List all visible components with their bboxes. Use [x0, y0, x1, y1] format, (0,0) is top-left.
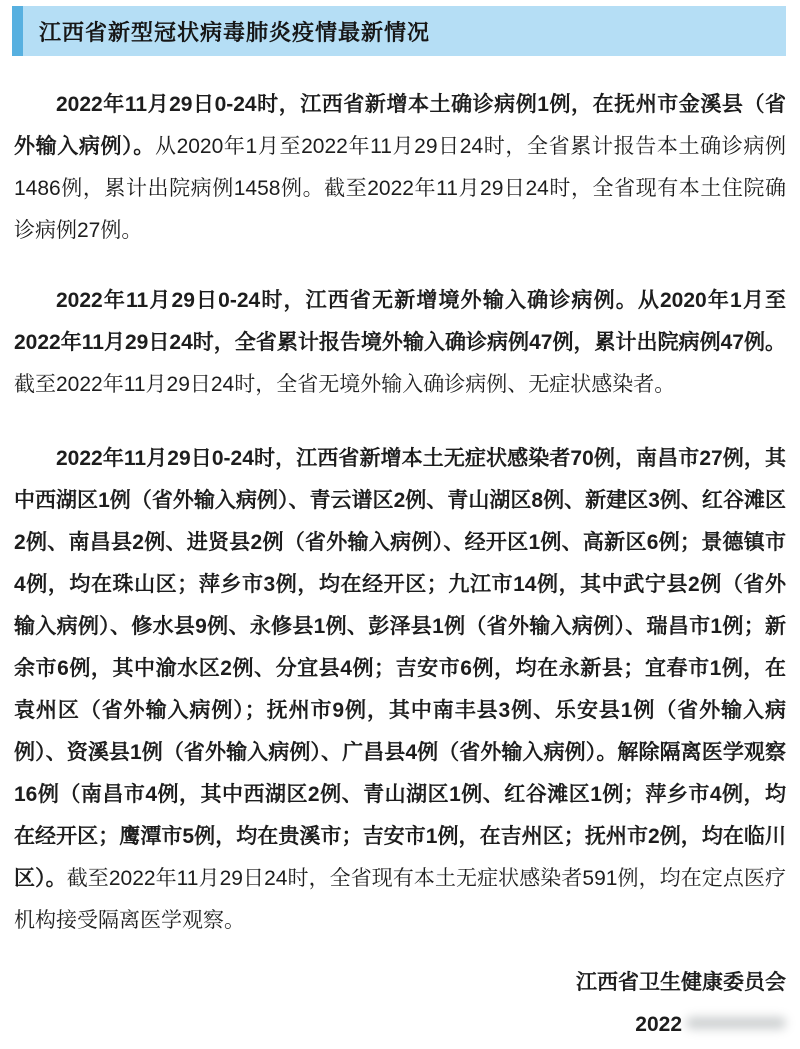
paragraph-regular-text: 截至2022年11月29日24时，全省现有本土无症状感染者591例，均在定点医疗… — [14, 867, 786, 932]
blurred-date-redaction — [686, 1017, 786, 1029]
title-accent-bar — [12, 6, 23, 56]
signature-block: 江西省卫生健康委员会 2022 — [14, 962, 786, 1046]
paragraph-asymptomatic-cases: 2022年11月29日0-24时，江西省新增本土无症状感染者70例，南昌市27例… — [14, 438, 786, 942]
paragraph-bold-text: 2022年11月29日0-24时，江西省无新增境外输入确诊病例。从2020年1月… — [14, 289, 786, 354]
signature-date-year: 2022 — [635, 1013, 682, 1036]
signature-date-line: 2022 — [14, 1004, 786, 1046]
article-body: 2022年11月29日0-24时，江西省新增本土确诊病例1例，在抚州市金溪县（省… — [0, 56, 800, 1046]
article-title-bar: 江西省新型冠状病毒肺炎疫情最新情况 — [12, 6, 786, 56]
paragraph-bold-text: 2022年11月29日0-24时，江西省新增本土无症状感染者70例，南昌市27例… — [14, 447, 786, 890]
paragraph-regular-text: 截至2022年11月29日24时，全省无境外输入确诊病例、无症状感染者。 — [14, 373, 675, 396]
article-page: 江西省新型冠状病毒肺炎疫情最新情况 2022年11月29日0-24时，江西省新增… — [0, 6, 800, 1046]
signature-organization: 江西省卫生健康委员会 — [14, 962, 786, 1004]
paragraph-local-confirmed-cases: 2022年11月29日0-24时，江西省新增本土确诊病例1例，在抚州市金溪县（省… — [14, 84, 786, 252]
paragraph-imported-cases: 2022年11月29日0-24时，江西省无新增境外输入确诊病例。从2020年1月… — [14, 280, 786, 406]
page-title: 江西省新型冠状病毒肺炎疫情最新情况 — [23, 16, 430, 47]
